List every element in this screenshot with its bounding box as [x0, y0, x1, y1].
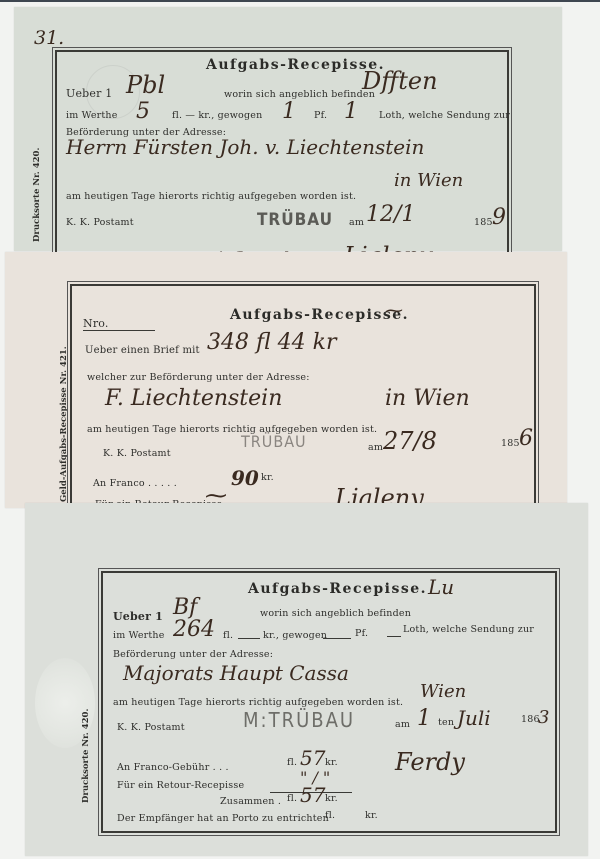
date-prefix: am: [349, 217, 364, 228]
loth-blank: [387, 636, 401, 637]
weight-pf-handwritten: 1: [282, 99, 296, 124]
posted-today-text: am heutigen Tage hierorts richtig aufgeg…: [66, 191, 356, 202]
year-handwritten: 3: [538, 707, 549, 728]
loth-label: Loth, welche Sendung zur: [379, 110, 510, 121]
date-suffix: ten: [438, 717, 454, 728]
fee-handwritten: 57: [300, 746, 325, 770]
corner-handwritten: Lu: [428, 575, 454, 599]
nro-underline: [83, 330, 155, 331]
pf-label: Pf.: [314, 110, 327, 121]
fee-unit: kr.: [325, 757, 338, 768]
loth-label: Loth, welche Sendung zur: [403, 624, 534, 635]
date-day-handwritten: 1: [417, 706, 431, 731]
recipient-kr: kr.: [365, 810, 378, 821]
side-form-number: Drucksorte Nr. 420.: [32, 148, 42, 242]
recipient-porto-label: Der Empfänger hat an Porto zu entrichten: [117, 813, 329, 824]
total-label: Zusammen .: [220, 796, 281, 807]
receipt-title: Aufgabs-Recepisse.: [248, 581, 427, 597]
pf-blank: [323, 638, 351, 639]
value-label: im Werthe: [113, 630, 165, 641]
signature-handwritten: Ferdy: [395, 748, 465, 776]
city-handwritten: in Wien: [394, 170, 463, 191]
fee-label: An Franco . . . . .: [93, 478, 177, 489]
year-printed: 185: [474, 217, 493, 228]
date-handwritten: 27/8: [383, 427, 437, 455]
recipient-fl: fl.: [325, 810, 335, 821]
date-prefix: am: [395, 719, 410, 730]
nro-label: Nro.: [83, 317, 109, 330]
receipt-title: Aufgabs-Recepisse.: [206, 57, 385, 73]
postamt-label: K. K. Postamt: [103, 448, 171, 459]
address-handwritten: F. Liechtenstein: [105, 386, 282, 411]
value-handwritten: 5: [136, 99, 150, 124]
weight-loth-handwritten: 1: [344, 99, 358, 124]
city-handwritten: in Wien: [385, 386, 470, 411]
year-handwritten: 6: [519, 426, 533, 451]
posted-today-text: am heutigen Tage hierorts richtig aufgeg…: [87, 424, 377, 435]
city-handwritten: Wien: [420, 681, 466, 702]
postmark-stamp: M:TRÜBAU: [243, 708, 355, 732]
total-unit: kr.: [325, 793, 338, 804]
date-month-handwritten: Juli: [457, 706, 491, 730]
address-label: welcher zur Beförderung unter der Adress…: [87, 372, 310, 383]
total-fl: fl.: [287, 793, 297, 804]
address-handwritten: Majorats Haupt Cassa: [123, 661, 349, 685]
kr-blank: [238, 638, 260, 639]
date-prefix: am: [368, 442, 383, 453]
weight-label: fl. — kr., gewogen: [172, 110, 262, 121]
postamt-label: K. K. Postamt: [66, 217, 134, 228]
scan-top-edge: [0, 0, 600, 2]
corner-note: 31.: [34, 27, 64, 49]
year-printed: 186: [521, 714, 540, 725]
fee-fl: fl.: [287, 757, 297, 768]
address-handwritten: Herrn Fürsten Joh. v. Liechtenstein: [66, 135, 424, 159]
receipt-1: 31. Drucksorte Nr. 420. Aufgabs-Recepiss…: [14, 7, 562, 251]
receipt-3: Drucksorte Nr. 420. Aufgabs-Recepisse. L…: [25, 503, 588, 856]
letter-label: Ueber einen Brief mit: [85, 345, 200, 356]
value-handwritten: 264: [173, 617, 215, 642]
item-handwritten: Pbl: [126, 71, 165, 99]
ueber-label: Ueber 1: [113, 610, 163, 623]
year-printed: 185: [501, 438, 520, 449]
ueber-label: Ueber 1: [66, 87, 113, 100]
return-label: Für ein Retour-Recepisse: [117, 780, 244, 791]
side-form-number: Geld-Aufgabs-Recepisse Nr. 421.: [59, 346, 69, 502]
value-label: im Werthe: [66, 110, 118, 121]
fl-label: fl.: [223, 630, 233, 641]
receipt-title: Aufgabs-Recepisse.: [230, 307, 409, 323]
postmark-stamp: TRÜBAU: [241, 432, 307, 451]
pf-label: Pf.: [355, 628, 368, 639]
postamt-label: K. K. Postamt: [117, 722, 185, 733]
total-handwritten: 57: [300, 783, 325, 807]
date-handwritten: 12/1: [366, 202, 415, 227]
postmark-stamp: TRÜBAU: [257, 210, 333, 230]
fee-label: An Franco-Gebühr . . .: [117, 762, 229, 773]
contents-handwritten: Dfften: [362, 67, 438, 95]
contents-label: worin sich angeblich befinden: [260, 608, 411, 619]
receipt-2: Geld-Aufgabs-Recepisse Nr. 421. Nro. Auf…: [5, 252, 567, 508]
fee-handwritten: 90: [231, 466, 259, 490]
fee-unit: kr.: [261, 472, 274, 483]
side-form-number: Drucksorte Nr. 420.: [81, 709, 91, 803]
flourish-handwritten: ⁓: [385, 300, 403, 321]
address-label: Beförderung unter der Adresse:: [113, 649, 273, 660]
posted-today-text: am heutigen Tage hierorts richtig aufgeg…: [113, 697, 403, 708]
letter-value-handwritten: 348 fl 44 kr: [207, 330, 337, 355]
year-handwritten: 9: [492, 205, 506, 230]
kr-weight-label: kr., gewogen: [263, 630, 327, 641]
